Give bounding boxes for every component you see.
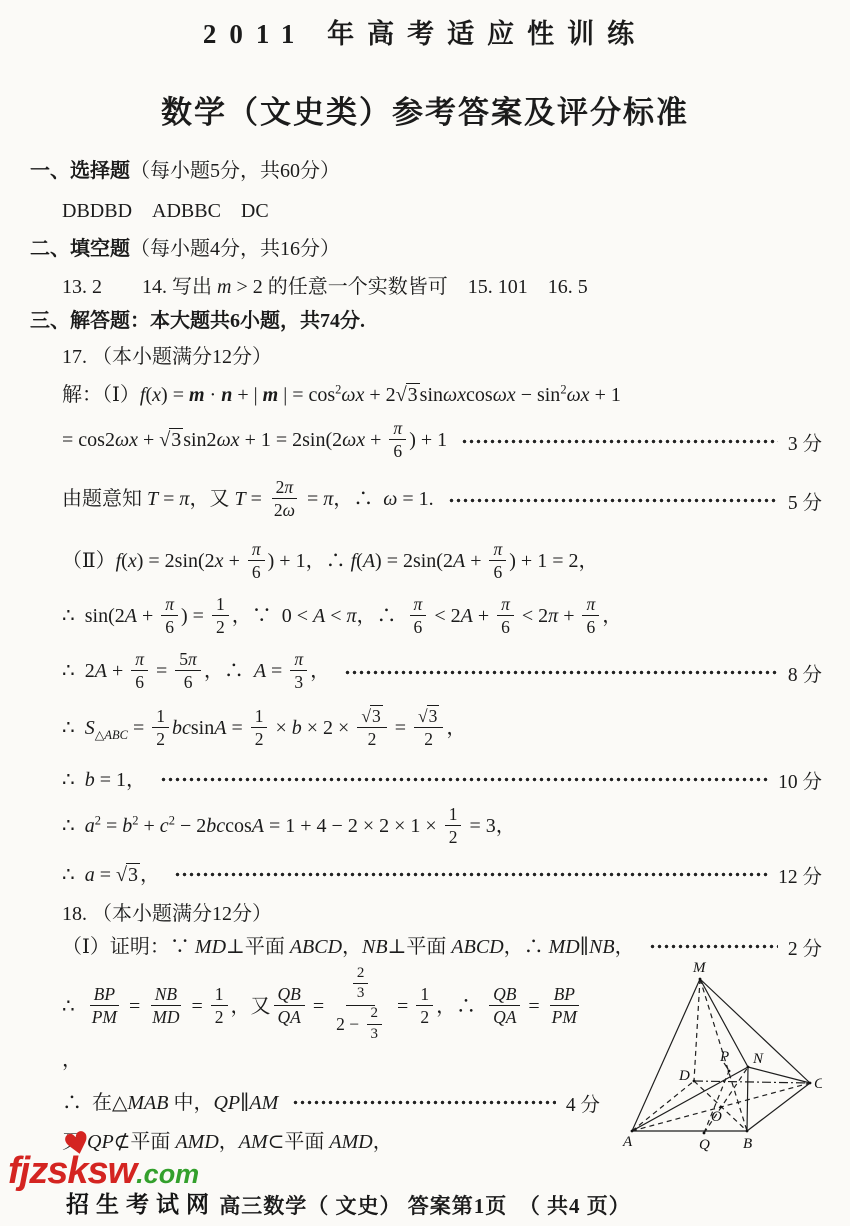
text-run: + xyxy=(107,660,128,682)
text-run: + xyxy=(138,429,159,451)
vertex-label-M: M xyxy=(692,960,707,976)
fraction: π6 xyxy=(131,649,148,692)
edge-AN xyxy=(632,1067,748,1131)
exam-answer-page: 2011 年高考适应性训练 数学（文史类）参考答案及评分标准 一、选择题（每小题… xyxy=(0,0,850,1226)
text-run: − 2 xyxy=(175,815,206,837)
vertex-Q xyxy=(703,1131,706,1134)
denominator: QA xyxy=(274,1006,305,1027)
math-italic: π xyxy=(188,649,197,669)
math-italic: π xyxy=(252,539,261,559)
text-run: 13. 2 14. 写出 xyxy=(62,276,217,298)
score-label: 8 分 xyxy=(788,659,822,687)
line-text: 二、填空题（每小题4分，共16分） xyxy=(30,236,340,262)
text-run: = xyxy=(124,995,145,1017)
line-text: ∴ 2A + π6 = 5π6，∴ A = π3， xyxy=(62,651,330,694)
fraction: π6 xyxy=(497,594,514,637)
text-run: = cos2 xyxy=(62,429,115,451)
text-run: 17. （本小题满分12分） xyxy=(62,346,272,368)
text-run: ∥ xyxy=(580,936,589,958)
answer-line: 一、选择题（每小题5分，共60分） xyxy=(30,158,822,184)
text-run: = xyxy=(302,488,323,510)
numerator: 1 xyxy=(211,984,228,1006)
text-run: × xyxy=(270,717,291,739)
math-italic: QA xyxy=(278,1007,301,1027)
numerator: π xyxy=(489,539,506,561)
fraction: π6 xyxy=(248,539,265,582)
denominator: 6 xyxy=(582,616,599,637)
text-run: = xyxy=(226,717,247,739)
text-run: ，∴ xyxy=(436,995,486,1017)
math-italic: T xyxy=(147,488,158,510)
text-run: + xyxy=(465,550,486,572)
line-text: ∴ BPPM = NBMD = 12，又QBQA = 232 − 23 = 12… xyxy=(62,969,600,1073)
math-italic: ABCD xyxy=(290,936,342,958)
answer-line: 18. （本小题满分12分） xyxy=(62,901,822,927)
math-italic: PM xyxy=(92,1007,117,1027)
math-italic: π xyxy=(548,605,558,627)
text-run: （Ⅰ）证明：∵ xyxy=(62,936,195,958)
denominator: 3 xyxy=(290,671,307,692)
answer-line: DBDBD ADBBC DC xyxy=(62,198,822,224)
answer-line: 由题意知 T = π，又 T = 2π2ω = π，∴ ω = 1.5 分 xyxy=(62,479,822,522)
bold-text: 一、选择题 xyxy=(30,160,130,182)
denominator: 6 xyxy=(410,616,427,637)
math-italic: ωx xyxy=(493,384,516,406)
math-italic: x xyxy=(128,550,137,572)
line-text: （Ⅱ）f(x) = 2sin(2x + π6) + 1，∴ f(A) = 2si… xyxy=(62,541,598,584)
vertex-label-C: C xyxy=(814,1076,822,1092)
fraction: 12 xyxy=(211,984,228,1027)
math-italic: AM xyxy=(249,1092,278,1114)
math-italic: b xyxy=(292,717,302,739)
numerator: π xyxy=(131,649,148,671)
sqrt-expression: √3 xyxy=(361,706,382,726)
math-italic: π xyxy=(393,418,402,438)
math-italic: QB xyxy=(493,984,516,1004)
text-run: = xyxy=(266,660,287,682)
text-run: = xyxy=(95,864,116,886)
answer-line: ∴ BPPM = NBMD = 12，又QBQA = 232 − 23 = 12… xyxy=(62,969,600,1073)
text-run: − sin xyxy=(516,384,561,406)
math-italic: S xyxy=(85,717,95,739)
numerator: 1 xyxy=(416,984,433,1006)
line-text: DBDBD ADBBC DC xyxy=(62,198,269,224)
text-run: + xyxy=(224,550,245,572)
numerator: BP xyxy=(90,984,119,1006)
watermark-site-line: fjzsksw.com xyxy=(8,1152,216,1190)
denominator: PM xyxy=(88,1006,121,1027)
answer-line: = cos2ωx + √3sin2ωx + 1 = 2sin(2ωx + π6)… xyxy=(62,420,822,463)
text-run: < xyxy=(325,605,346,627)
math-italic: x xyxy=(152,384,161,406)
text-run: （每小题5分，共60分） xyxy=(130,160,340,182)
vector-symbol: n xyxy=(221,384,232,406)
text-run: ⊥平面 xyxy=(226,936,290,958)
text-run: ，∴ xyxy=(204,660,254,682)
fraction: 12 xyxy=(212,594,229,637)
bold-text: 二、填空题 xyxy=(30,238,130,260)
vector-symbol: m xyxy=(189,384,205,406)
denominator: 2 xyxy=(445,826,462,847)
vertex-D xyxy=(693,1079,696,1082)
math-italic: b xyxy=(122,815,132,837)
math-italic: AM xyxy=(239,1131,268,1153)
denominator: 6 xyxy=(248,561,265,582)
fraction: QBQA xyxy=(489,984,520,1027)
math-italic: AMD xyxy=(329,1131,372,1153)
text-run: ) + 1 xyxy=(409,429,447,451)
math-italic: ω xyxy=(383,488,397,510)
math-italic: ωx xyxy=(341,384,364,406)
line-text: 13. 2 14. 写出 m > 2 的任意一个实数皆可 15. 101 16.… xyxy=(62,274,588,300)
math-italic: A xyxy=(252,815,264,837)
numerator: √3 xyxy=(414,706,443,728)
fraction: π3 xyxy=(290,649,307,692)
edge-NB xyxy=(747,1067,748,1131)
text-run: ∴ xyxy=(62,769,85,791)
text-run: = xyxy=(151,660,172,682)
vertex-B xyxy=(746,1129,749,1132)
answer-line: （Ⅱ）f(x) = 2sin(2x + π6) + 1，∴ f(A) = 2si… xyxy=(62,541,822,584)
text-run: = xyxy=(128,717,149,739)
text-run: ) + 1，∴ xyxy=(268,550,351,572)
text-run: + xyxy=(473,605,494,627)
line-text: ∴ S△ABC = 12bcsinA = 12 × b × 2 × √32 = … xyxy=(62,708,466,751)
vertex-A xyxy=(631,1129,634,1132)
watermark-site-tld: .com xyxy=(136,1159,199,1189)
main-answer-lines: 一、选择题（每小题5分，共60分）DBDBD ADBBC DC二、填空题（每小题… xyxy=(30,158,822,961)
fraction: 5π6 xyxy=(175,649,201,692)
math-italic: ABCD xyxy=(451,936,503,958)
text-run: + | xyxy=(232,384,262,406)
vertex-N xyxy=(747,1065,750,1068)
denominator: 6 xyxy=(180,671,197,692)
numerator: 2 xyxy=(353,965,369,984)
denominator: 2 xyxy=(364,728,381,749)
problem-18-row: ∴ BPPM = NBMD = 12，又QBQA = 232 − 23 = 12… xyxy=(30,969,822,1170)
answers-content: 一、选择题（每小题5分，共60分）DBDBD ADBBC DC二、填空题（每小题… xyxy=(0,158,850,1170)
denominator: 2 xyxy=(211,1006,228,1027)
text-run: ∴ 2 xyxy=(62,660,95,682)
text-run: DBDBD ADBBC DC xyxy=(62,200,269,222)
text-run: ∴ xyxy=(62,815,85,837)
denominator: 2 xyxy=(212,616,229,637)
math-italic: bc xyxy=(206,815,225,837)
page-title: 2011 年高考适应性训练 xyxy=(0,0,850,51)
fraction: 23 xyxy=(367,1005,383,1043)
line-text: 一、选择题（每小题5分，共60分） xyxy=(30,158,340,184)
line-text: ∴ 在△MAB 中，QP∥AM xyxy=(62,1090,278,1116)
denominator: 6 xyxy=(490,561,507,582)
fraction: 12 xyxy=(416,984,433,1027)
math-italic: bc xyxy=(172,717,191,739)
radicand: 3 xyxy=(427,705,440,726)
text-run: + xyxy=(139,815,160,837)
text-run: ) = 2sin(2 xyxy=(137,550,215,572)
numerator: QB xyxy=(274,984,305,1006)
fraction: NBMD xyxy=(148,984,183,1027)
text-run: cos xyxy=(225,815,252,837)
sqrt-expression: √3 xyxy=(159,429,183,451)
dotted-leader xyxy=(649,944,778,949)
edge-BC xyxy=(747,1083,810,1131)
text-run: （每小题4分，共16分） xyxy=(130,238,340,260)
denominator: PM xyxy=(548,1006,581,1027)
text-run: ， xyxy=(446,717,466,739)
score-label: 10 分 xyxy=(778,766,822,794)
text-run: ，又 xyxy=(231,995,271,1017)
denominator: 3 xyxy=(367,1025,383,1043)
text-run: ∴ xyxy=(62,864,85,886)
text-run: ⊂平面 xyxy=(268,1131,330,1153)
vertex-O xyxy=(720,1105,723,1108)
score-label: 12 分 xyxy=(778,861,822,889)
numerator: π xyxy=(582,594,599,616)
denominator: QA xyxy=(489,1006,520,1027)
text-run: | = cos xyxy=(278,384,335,406)
text-run: + xyxy=(137,605,158,627)
text-run: = xyxy=(392,995,413,1017)
line-text: 18. （本小题满分12分） xyxy=(62,901,272,927)
numerator: BP xyxy=(550,984,579,1006)
math-italic: PM xyxy=(552,1007,577,1027)
math-italic: MD xyxy=(549,936,580,958)
math-italic: π xyxy=(493,539,502,559)
denominator: 6 xyxy=(161,616,178,637)
score-label: 3 分 xyxy=(788,428,822,456)
math-italic: b xyxy=(85,769,95,791)
text-run: （Ⅱ） xyxy=(62,550,116,572)
text-run: ， xyxy=(373,1131,393,1153)
math-italic: π xyxy=(135,649,144,669)
fraction: π6 xyxy=(410,594,427,637)
radicand: 3 xyxy=(406,383,420,406)
text-run: ， xyxy=(219,1131,239,1153)
text-run: ，∵ 0 < xyxy=(232,605,313,627)
vertex-label-N: N xyxy=(752,1051,764,1067)
text-run: ， xyxy=(615,936,635,958)
sqrt-expression: √3 xyxy=(396,384,420,406)
text-run: ∴ sin(2 xyxy=(62,605,125,627)
numerator: QB xyxy=(489,984,520,1006)
math-italic: NB xyxy=(362,936,388,958)
dotted-leader xyxy=(461,439,778,444)
score-label: 4 分 xyxy=(566,1089,600,1117)
vertex-label-P: P xyxy=(719,1049,729,1065)
text-run: = xyxy=(246,488,267,510)
math-italic: NB xyxy=(589,936,615,958)
text-run: ( xyxy=(121,550,128,572)
numerator: 2 xyxy=(367,1005,383,1024)
edge-MA xyxy=(632,979,700,1131)
page-footer: 高三数学（ 文史） 答案第1页 （ 共4 页） xyxy=(0,1190,850,1220)
dotted-leader xyxy=(160,777,768,782)
text-run: = xyxy=(390,717,411,739)
score-label: 5 分 xyxy=(788,487,822,515)
vertex-P xyxy=(728,1069,731,1072)
text-run: + 1 xyxy=(590,384,621,406)
answer-line: 解：（Ⅰ）f(x) = m · n + | m | = cos2ωx + 2√3… xyxy=(62,382,822,408)
line-text: （Ⅰ）证明：∵ MD⊥平面 ABCD，NB⊥平面 ABCD，∴ MD∥NB， xyxy=(62,934,635,960)
numerator: 23 xyxy=(346,967,376,1007)
vertex-C xyxy=(809,1081,812,1084)
math-italic: MAB xyxy=(127,1092,168,1114)
vertex-label-B: B xyxy=(743,1136,752,1152)
text-run: = xyxy=(523,995,544,1017)
answer-line: 三、解答题：本大题共6小题，共74分. xyxy=(30,308,822,334)
text-run: + 1 = 2sin(2 xyxy=(240,429,343,451)
sqrt-expression: √3 xyxy=(116,864,140,886)
math-italic: π xyxy=(347,605,357,627)
text-run: ， xyxy=(62,1049,82,1071)
math-italic: MD xyxy=(195,936,226,958)
math-italic: a xyxy=(85,864,95,886)
text-run: sin xyxy=(191,717,214,739)
math-italic: m xyxy=(217,276,231,298)
text-run: 解：（Ⅰ） xyxy=(62,384,140,406)
math-italic: ωx xyxy=(443,384,466,406)
numerator: 1 xyxy=(445,804,462,826)
line-text: ∴ a2 = b2 + c2 − 2bccosA = 1 + 4 − 2 × 2… xyxy=(62,806,516,849)
fraction: BPPM xyxy=(548,984,581,1027)
denominator: 6 xyxy=(389,440,406,461)
numerator: π xyxy=(497,594,514,616)
numerator: 1 xyxy=(152,706,169,728)
math-italic: BP xyxy=(94,984,115,1004)
denominator: 2ω xyxy=(270,499,299,520)
answer-line: ∴ 2A + π6 = 5π6，∴ A = π3，8 分 xyxy=(62,651,822,694)
answer-line: ∴ 在△MAB 中，QP∥AM4 分 xyxy=(62,1089,600,1117)
text-run: ∴ xyxy=(62,995,85,1017)
math-italic: A xyxy=(313,605,325,627)
text-run: = xyxy=(308,995,329,1017)
numerator: 1 xyxy=(251,706,268,728)
answer-line: 又 QP⊄平面 AMD，AM⊂平面 AMD， xyxy=(62,1129,600,1155)
fraction: π6 xyxy=(582,594,599,637)
denominator: 3 xyxy=(353,984,369,1002)
denominator: 6 xyxy=(131,671,148,692)
line-text: ∴ sin(2A + π6) = 12，∵ 0 < A < π，∴ π6 < 2… xyxy=(62,596,622,639)
math-italic: AMD xyxy=(175,1131,218,1153)
line-text: ∴ b = 1， xyxy=(62,767,146,793)
numerator: 2π xyxy=(272,477,298,499)
math-italic: QP xyxy=(213,1092,240,1114)
math-italic: ωx xyxy=(217,429,240,451)
text-run: = 1. xyxy=(397,488,433,510)
math-italic: π xyxy=(323,488,333,510)
text-run: ) = xyxy=(161,384,189,406)
math-italic: ωx xyxy=(567,384,590,406)
radicand: 3 xyxy=(370,705,383,726)
answer-line: ∴ a = √3，12 分 xyxy=(62,861,822,889)
text-run: ) + 1 = 2， xyxy=(509,550,598,572)
text-run: ) = 2sin(2 xyxy=(375,550,453,572)
text-run: ，∴ xyxy=(357,605,407,627)
text-run: × 2 × xyxy=(302,717,355,739)
fraction: 2π2ω xyxy=(270,477,299,520)
text-run: < 2 xyxy=(429,605,460,627)
fraction: 12 xyxy=(152,706,169,749)
numerator: 1 xyxy=(212,594,229,616)
text-run: = xyxy=(101,815,122,837)
dotted-leader xyxy=(344,670,778,675)
fraction: π6 xyxy=(489,539,506,582)
problem-18-text-column: ∴ BPPM = NBMD = 12，又QBQA = 232 − 23 = 12… xyxy=(62,969,600,1155)
text-run: ∴ 在△ xyxy=(62,1092,127,1114)
vertex-label-A: A xyxy=(622,1134,633,1150)
text-run: = xyxy=(158,488,179,510)
math-italic: π xyxy=(414,594,423,614)
text-run: ( xyxy=(356,550,363,572)
fraction: √32 xyxy=(414,706,443,749)
text-run: sin xyxy=(420,384,443,406)
vertex-M xyxy=(699,977,702,980)
denominator: MD xyxy=(148,1006,183,1027)
numerator: π xyxy=(389,418,406,440)
line-text: 三、解答题：本大题共6小题，共74分. xyxy=(30,308,365,334)
text-run: ，∴ xyxy=(504,936,549,958)
edge-DC xyxy=(694,1081,810,1083)
math-italic: π xyxy=(179,488,189,510)
numerator: 5π xyxy=(175,649,201,671)
text-run: ，又 xyxy=(189,488,234,510)
math-italic: π xyxy=(294,649,303,669)
answer-line: 17. （本小题满分12分） xyxy=(62,344,822,370)
text-run: sin2 xyxy=(183,429,216,451)
subscript: △ABC xyxy=(95,728,128,742)
math-italic: π xyxy=(586,594,595,614)
fraction: 23 xyxy=(353,965,369,1003)
fraction: 12 xyxy=(445,804,462,847)
text-run: · xyxy=(205,384,222,406)
math-italic: NB xyxy=(155,984,177,1004)
fraction: √32 xyxy=(357,706,386,749)
answer-line: ∴ b = 1，10 分 xyxy=(62,766,822,794)
numerator: π xyxy=(290,649,307,671)
fraction: 232 − 23 xyxy=(332,967,389,1045)
radicand: 3 xyxy=(126,863,140,886)
numerator: √3 xyxy=(357,706,386,728)
denominator: 2 xyxy=(152,728,169,749)
numerator: π xyxy=(161,594,178,616)
text-run: ， xyxy=(310,660,330,682)
math-italic: T xyxy=(234,488,245,510)
answer-line: 13. 2 14. 写出 m > 2 的任意一个实数皆可 15. 101 16.… xyxy=(62,274,822,300)
math-italic: ωx xyxy=(115,429,138,451)
math-italic: QA xyxy=(493,1007,516,1027)
text-run: + xyxy=(365,429,386,451)
math-italic: ω xyxy=(283,500,295,520)
line-text: 由题意知 T = π，又 T = 2π2ω = π，∴ ω = 1. xyxy=(62,479,434,522)
math-italic: c xyxy=(160,815,169,837)
answer-line: ∴ S△ABC = 12bcsinA = 12 × b × 2 × √32 = … xyxy=(62,708,822,751)
text-run: > 2 的任意一个实数皆可 15. 101 16. 5 xyxy=(231,276,587,298)
text-run: = xyxy=(187,995,208,1017)
vector-symbol: m xyxy=(263,384,279,406)
fraction: BPPM xyxy=(88,984,121,1027)
answer-line: ∴ a2 = b2 + c2 − 2bccosA = 1 + 4 − 2 × 2… xyxy=(62,806,822,849)
subject-title: 数学（文史类）参考答案及评分标准 xyxy=(0,87,850,132)
math-italic: x xyxy=(215,550,224,572)
text-run: cos xyxy=(466,384,493,406)
text-run: ⊥平面 xyxy=(388,936,452,958)
math-italic: A xyxy=(363,550,375,572)
figure-wrap: MAQBCNDPO xyxy=(602,959,822,1170)
fraction: 12 xyxy=(251,706,268,749)
text-run: = 1， xyxy=(95,769,146,791)
vertex-label-D: D xyxy=(678,1068,690,1084)
math-italic: ωx xyxy=(342,429,365,451)
